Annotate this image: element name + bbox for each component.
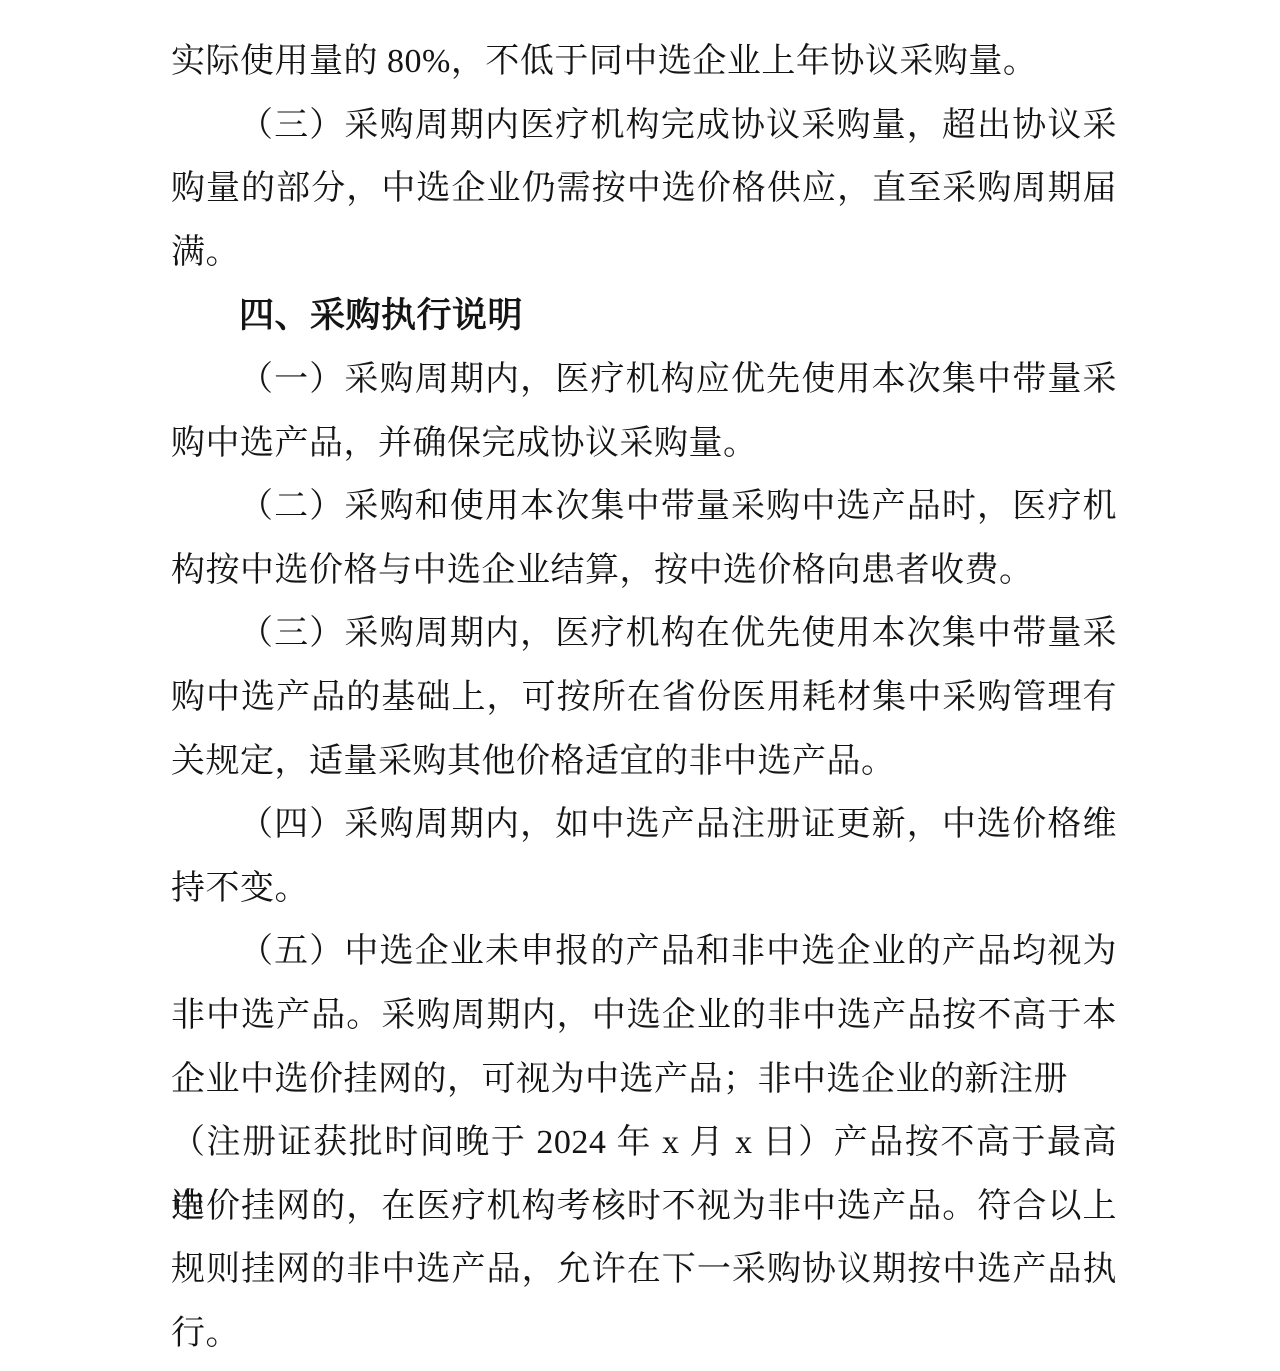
- text-line: （三）采购周期内，医疗机构在优先使用本次集中带量采: [171, 602, 1117, 666]
- text-line: 购量的部分，中选企业仍需按中选价格供应，直至采购周期届: [171, 157, 1117, 221]
- document-body: 实际使用量的 80%，不低于同中选企业上年协议采购量。 （三）采购周期内医疗机构…: [171, 30, 1117, 1365]
- text-line: 满。: [171, 221, 1117, 285]
- text-line: 非中选产品。采购周期内，中选企业的非中选产品按不高于本: [171, 984, 1117, 1048]
- text-line: 企业中选价挂网的，可视为中选产品；非中选企业的新注册: [171, 1048, 1117, 1112]
- text-line: 关规定，适量采购其他价格适宜的非中选产品。: [171, 730, 1117, 794]
- text-line: 规则挂网的非中选产品，允许在下一采购协议期按中选产品执: [171, 1238, 1117, 1302]
- text-line: （三）采购周期内医疗机构完成协议采购量，超出协议采: [171, 94, 1117, 158]
- text-line: （五）中选企业未申报的产品和非中选企业的产品均视为: [171, 920, 1117, 984]
- text-line: （注册证获批时间晚于 2024 年 x 月 x 日）产品按不高于最高中: [171, 1111, 1117, 1175]
- text-line: 行。: [171, 1302, 1117, 1366]
- text-line: 构按中选价格与中选企业结算，按中选价格向患者收费。: [171, 539, 1117, 603]
- document-page: { "page": { "background": "#ffffff", "te…: [0, 0, 1280, 1371]
- text-line: 持不变。: [171, 857, 1117, 921]
- section-heading: 四、采购执行说明: [171, 284, 1117, 348]
- text-line: 购中选产品的基础上，可按所在省份医用耗材集中采购管理有: [171, 666, 1117, 730]
- text-line: （二）采购和使用本次集中带量采购中选产品时，医疗机: [171, 475, 1117, 539]
- text-line: 选价挂网的，在医疗机构考核时不视为非中选产品。符合以上: [171, 1175, 1117, 1239]
- text-line: （四）采购周期内，如中选产品注册证更新，中选价格维: [171, 793, 1117, 857]
- text-line: （一）采购周期内，医疗机构应优先使用本次集中带量采: [171, 348, 1117, 412]
- text-line: 实际使用量的 80%，不低于同中选企业上年协议采购量。: [171, 30, 1117, 94]
- text-line: 购中选产品，并确保完成协议采购量。: [171, 412, 1117, 476]
